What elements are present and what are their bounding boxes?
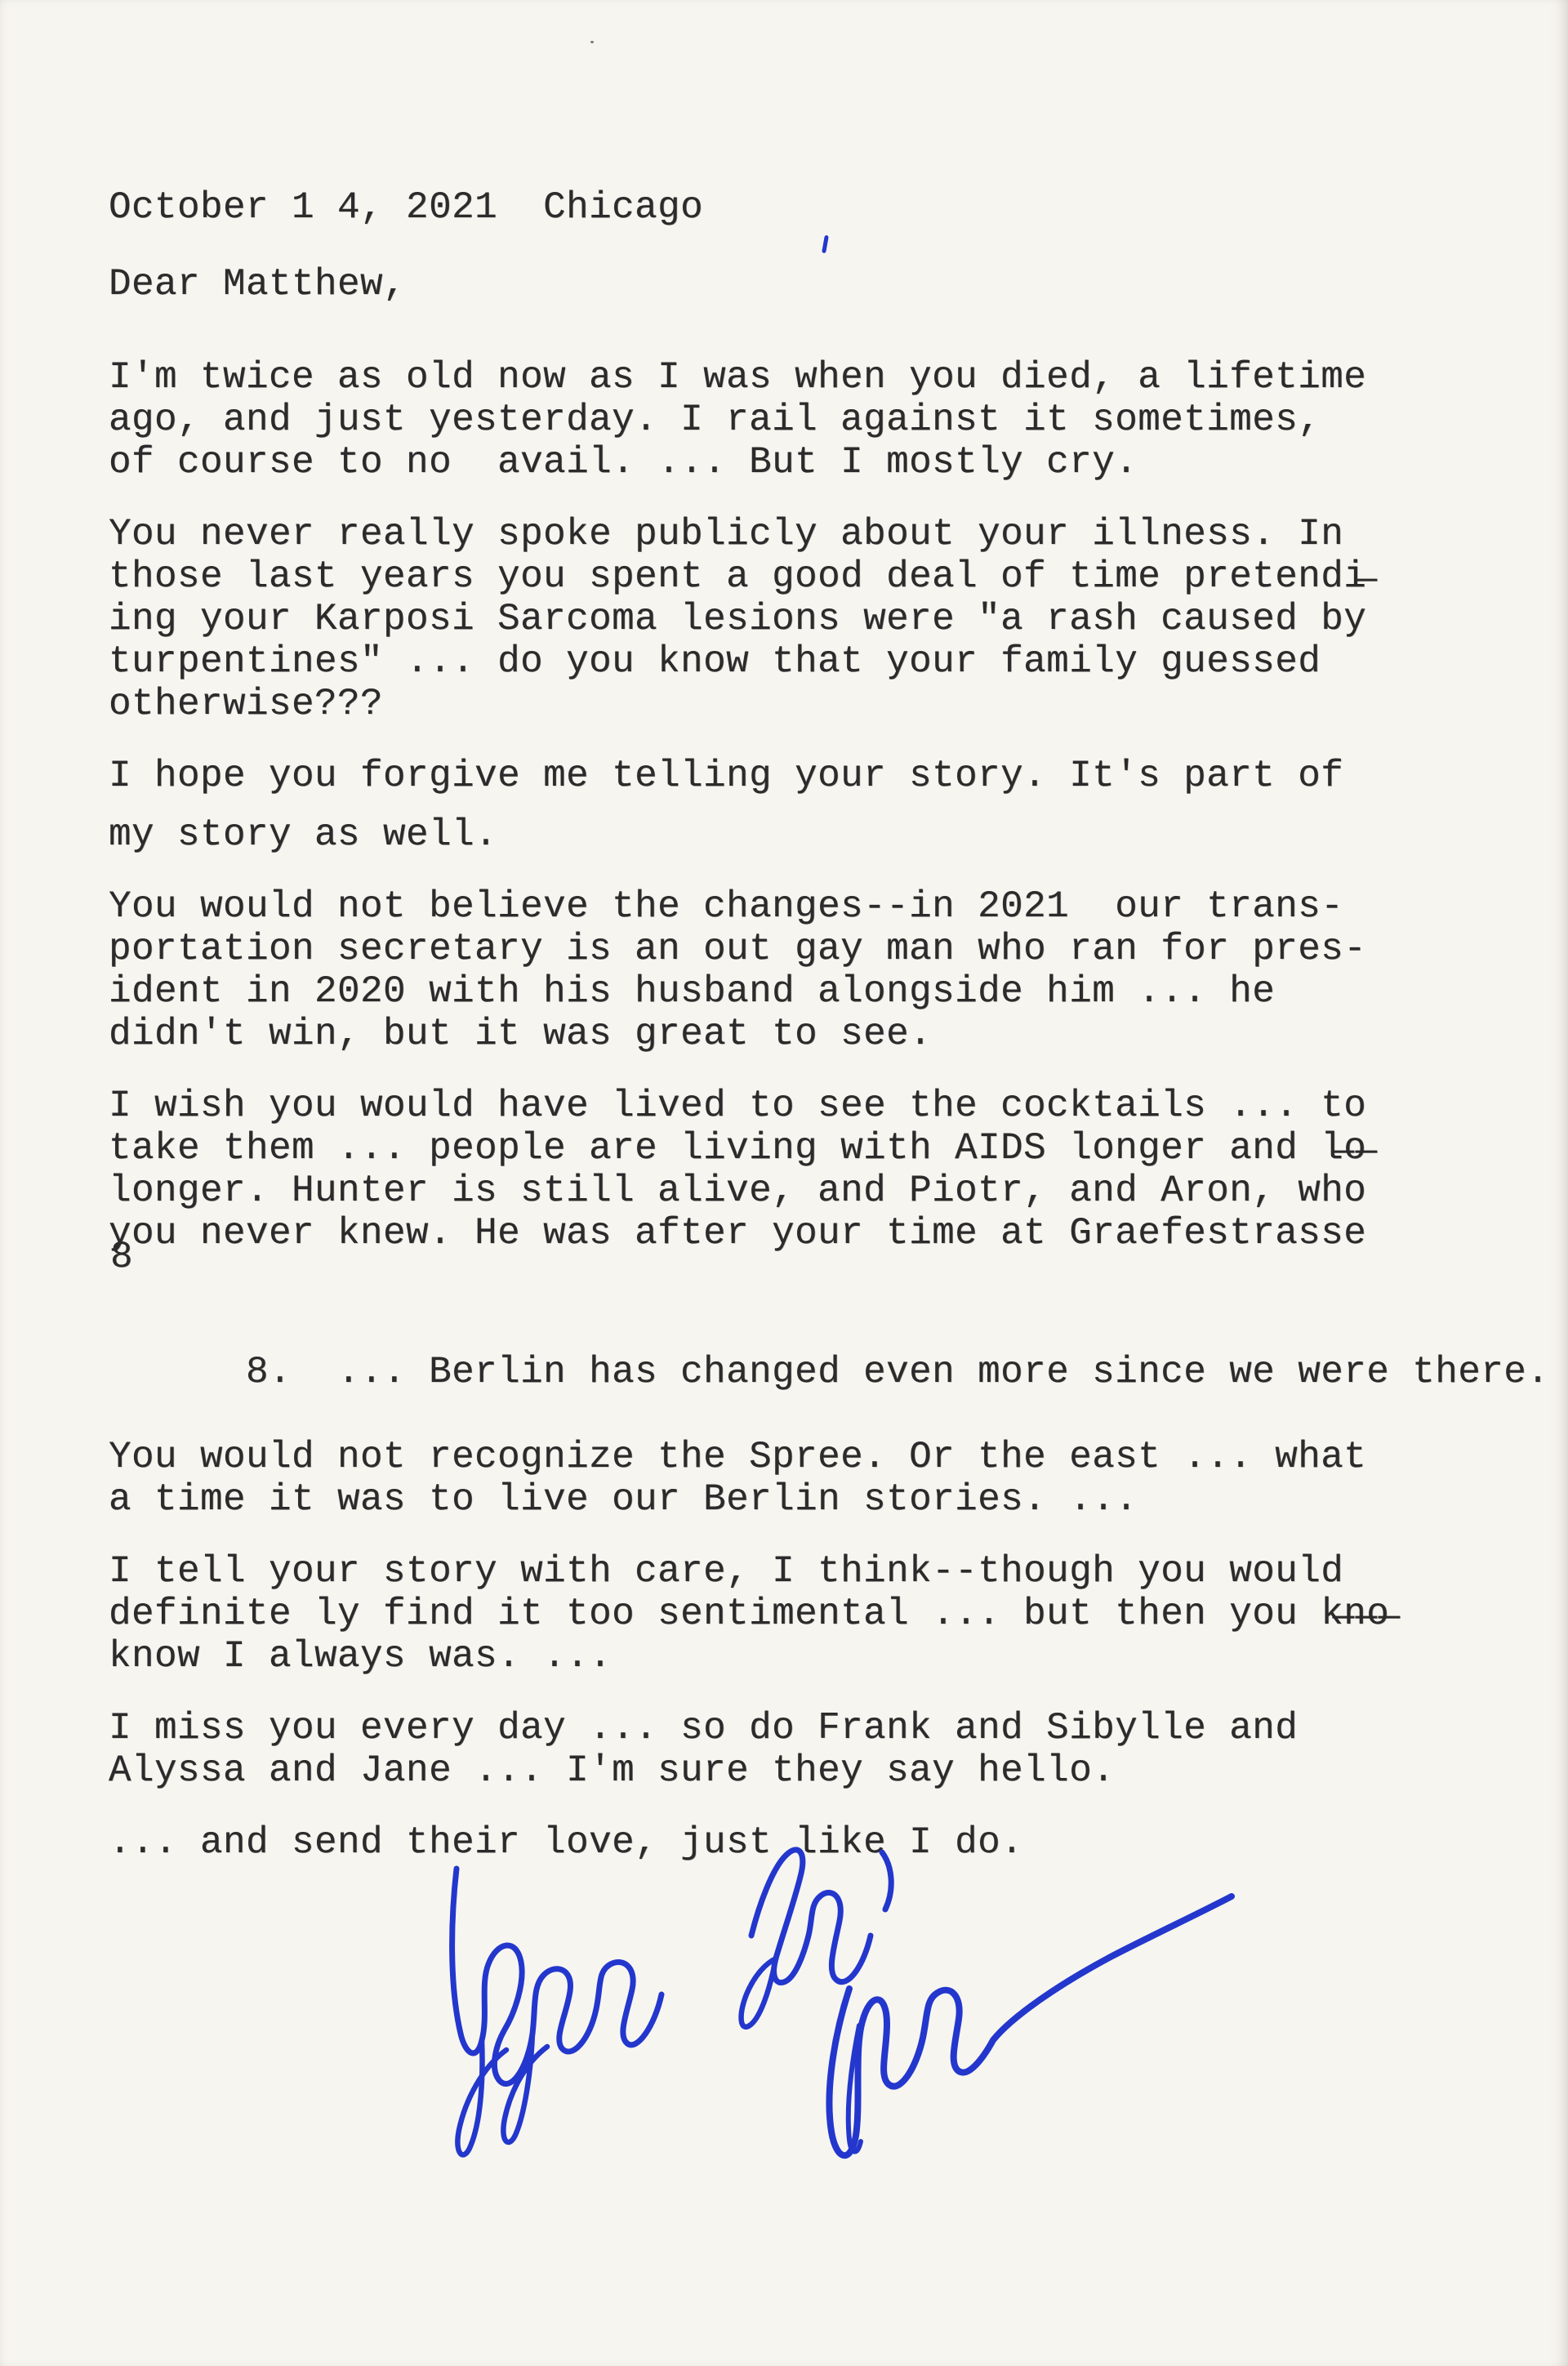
letter-line: You would not believe the changes--in 20… (109, 885, 1486, 928)
letter-line: I miss you every day ... so do Frank and… (109, 1707, 1486, 1749)
letter-line: 8. ... Berlin has changed even more sinc… (246, 1351, 1549, 1393)
letter-line: longer. Hunter is still alive, and Piotr… (109, 1170, 1486, 1212)
overstruck-eight: 8 (110, 1238, 133, 1276)
letter-line: ident in 2020 with his husband alongside… (109, 970, 1486, 1013)
signature-handwriting: Love you, (392, 1780, 1568, 2189)
letter-line: a time it was to live our Berlin stories… (109, 1478, 1486, 1521)
letter-line: take them ... people are living with AID… (109, 1127, 1486, 1170)
letter-line: otherwise??? (109, 683, 1486, 725)
paper-speck (590, 41, 594, 43)
signature-stroke-underloop-1 (457, 2040, 506, 2154)
signature-stroke-comma (882, 1852, 891, 1909)
letter-line: I'm twice as old now as I was when you d… (109, 356, 1486, 399)
paragraph-3: I hope you forgive me telling your story… (109, 755, 1486, 856)
letter-line: turpentines" ... do you know that your f… (109, 640, 1486, 683)
date-line: October 1 4, 2021 Chicago (109, 186, 1486, 229)
letter-line-with-overstrike: 8 8. ... Berlin has changed even more si… (109, 1266, 1486, 1436)
letter-line: those last years you spent a good deal o… (109, 555, 1486, 598)
letter-line: of course to no avail. ... But I mostly … (109, 441, 1486, 483)
letter-line: You would not recognize the Spree. Or th… (109, 1436, 1486, 1478)
signature-stroke-underloop-2 (503, 2034, 547, 2142)
letter-line: portation secretary is an out gay man wh… (109, 928, 1486, 970)
paragraph-4: You would not believe the changes--in 20… (109, 885, 1486, 1055)
letter-line: my story as well. (109, 813, 1486, 856)
letter-line: you never knew. He was after your time a… (109, 1212, 1486, 1254)
signature-stroke-y-tail (742, 1958, 776, 2027)
paragraph-5: I wish you would have lived to see the c… (109, 1085, 1486, 1521)
signature-stroke-name (829, 1896, 1232, 2155)
paragraph-1: I'm twice as old now as I was when you d… (109, 356, 1486, 483)
letter-line: didn't win, but it was great to see. (109, 1013, 1486, 1055)
letter-line: I tell your story with care, I think--th… (109, 1550, 1486, 1593)
letter-line: I hope you forgive me telling your story… (109, 755, 1486, 797)
letter-line: You never really spoke publicly about yo… (109, 513, 1486, 555)
paragraph-7: I miss you every day ... so do Frank and… (109, 1707, 1486, 1792)
letter-line: definite ly find it too sentimental ... … (109, 1593, 1486, 1635)
letter-line: I wish you would have lived to see the c… (109, 1085, 1486, 1127)
letter-line: ago, and just yesterday. I rail against … (109, 399, 1486, 441)
letter-line: know I always was. ... (109, 1635, 1486, 1678)
paragraph-2: You never really spoke publicly about yo… (109, 513, 1486, 725)
salutation: Dear Matthew, (109, 263, 1486, 305)
paragraph-6: I tell your story with care, I think--th… (109, 1550, 1486, 1678)
letter-line: ing your Karposi Sarcoma lesions were "a… (109, 598, 1486, 640)
